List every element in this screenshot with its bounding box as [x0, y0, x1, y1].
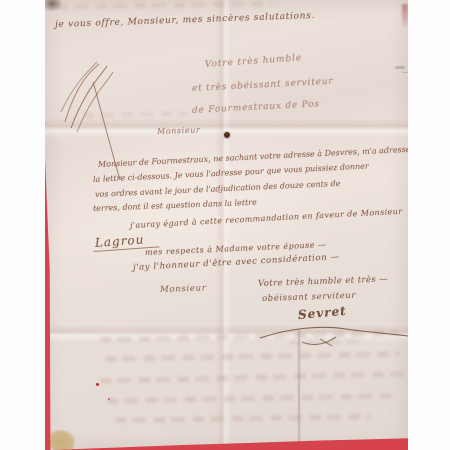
red-speck [96, 383, 99, 386]
body-line-4: terres, dont il est question dans la let… [93, 198, 257, 213]
screenshot-canvas: je vous offre, Monsieur, mes sincères sa… [0, 0, 450, 450]
final-valediction-line-1: Votre très humble et très — [258, 274, 388, 289]
ink-blot [224, 132, 230, 138]
valediction-line-3: de Fourmestraux de Pos [192, 99, 320, 116]
ink-bleedthrough-line [57, 1, 272, 9]
valediction-line-2: et très obéissant serviteur [192, 77, 334, 94]
ink-bleedthrough-line [107, 393, 397, 403]
valediction-line-1: Votre très humble [205, 53, 303, 70]
red-smudge-top-right [402, 4, 408, 26]
ink-bleedthrough-line [115, 414, 370, 423]
salutation: Monsieur [157, 125, 201, 136]
courtesy-closing-line: je vous offre, Monsieur, mes sincères sa… [55, 11, 315, 30]
letter-paper: je vous offre, Monsieur, mes sincères sa… [45, 0, 408, 450]
recommendation-line: j'auray égard à cette recommandation en … [130, 207, 403, 230]
closing-salutation: Monsieur [160, 283, 207, 295]
ink-bleedthrough-line [100, 371, 405, 383]
final-valediction-line-2: obéissant serviteur [262, 291, 356, 304]
letter-photograph: je vous offre, Monsieur, mes sincères sa… [45, 0, 408, 450]
ink-bleedthrough-line [105, 351, 400, 361]
red-speck [108, 398, 110, 400]
marginal-paraph-scribble [47, 42, 137, 192]
paper-residue-spot [46, 427, 78, 450]
gray-mark-right-edge [395, 66, 405, 69]
